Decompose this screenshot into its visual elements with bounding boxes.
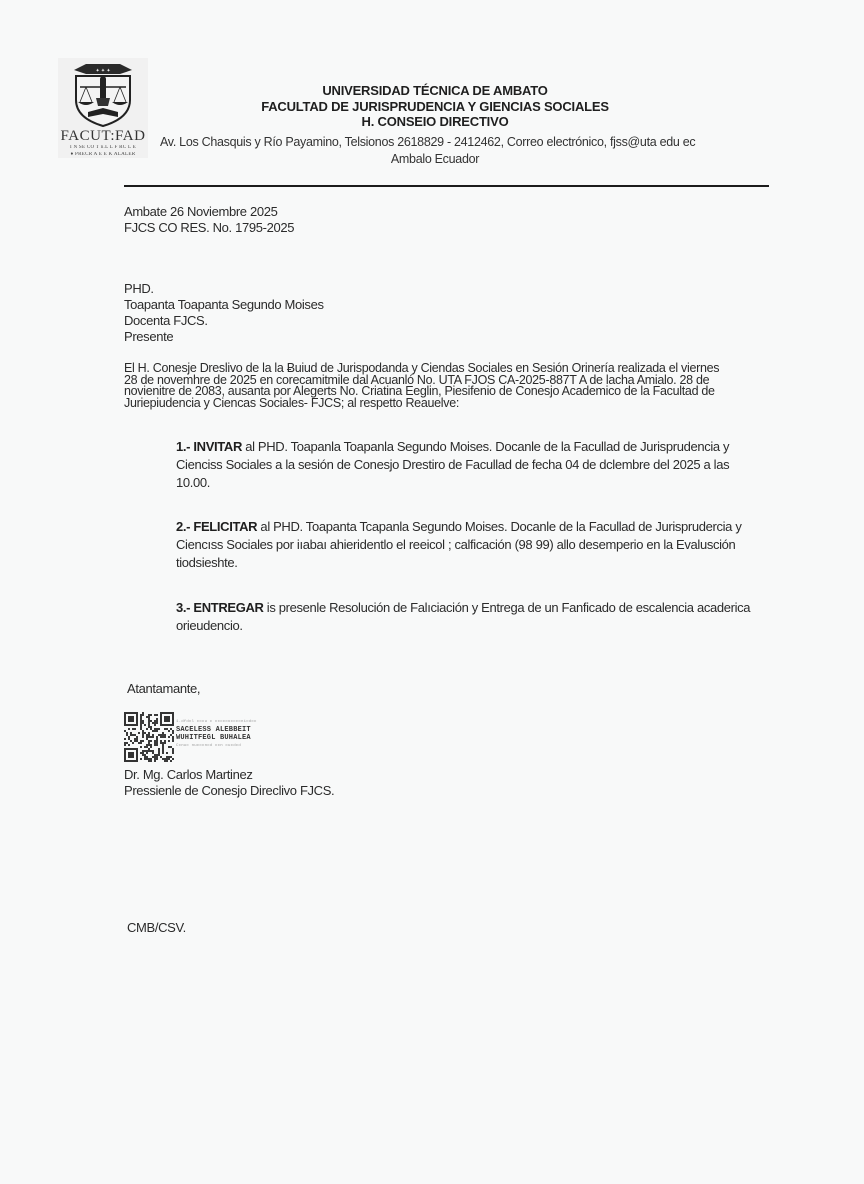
signer-title: Pressienle de Conesjo Direclivo FJCS. (124, 783, 334, 799)
recipient-title: PHD. (124, 281, 324, 297)
electronic-signature: 1.dfdcl cccu c cccccoccccnicdcc SACELESS… (124, 710, 284, 766)
body-paragraph: El H. Conesje Dreslivo de la la Ƀuiud de… (124, 363, 774, 409)
signer-name: Dr. Mg. Carlos Martinez (124, 767, 334, 783)
recipient-name: Toapanta Toapanta Segundo Moises (124, 297, 324, 313)
resolution-text: al PHD. Toapanta Tcapanla Segundo Moises… (176, 519, 741, 570)
resolution-item: 1.- INVITAR al PHD. Toapanla Toapanla Se… (176, 438, 766, 492)
resolution-number: 2.- (176, 519, 190, 534)
resolution-verb: FELICITAR (193, 519, 257, 534)
address-line: Av. Los Chasquis y Río Payamino, Telsion… (160, 135, 695, 149)
reference-initials: CMB/CSV. (127, 920, 186, 936)
svg-text:✦ ✦ ✦: ✦ ✦ ✦ (95, 68, 110, 74)
qr-code-icon (124, 710, 176, 764)
resolution-text: al PHD. Toapanla Toapanla Segundo Moises… (176, 439, 729, 490)
resolution-number: 3.- (176, 600, 190, 615)
body-line: Juriepiudencia y Ciencas Sociales- FJCS;… (124, 398, 774, 410)
resolution-number: FJCS CO RES. No. 1795-2025 (124, 220, 294, 236)
document-page: ✦ ✦ ✦ FACUT:FAD I N SE CO T n.L L F RC L… (0, 0, 864, 1184)
recipient-position: Docenta FJCS. (124, 313, 324, 329)
city-line: Ambalo Ecuador (140, 152, 730, 166)
university-name: UNIVERSIDAD TÉCNICA DE AMBATO (140, 83, 730, 99)
recipient-block: PHD. Toapanta Toapanta Segundo Moises Do… (124, 281, 324, 345)
signature-name-line-1: SACELESS ALEBBEIT (176, 726, 251, 734)
letterhead-header: UNIVERSIDAD TÉCNICA DE AMBATO FACULTAD D… (140, 83, 730, 130)
recipient-salutation: Presente (124, 329, 324, 345)
resolution-item: 3.- ENTREGAR is presenle Resolución de F… (176, 599, 766, 635)
closing-salutation: Atantamante, (127, 681, 200, 697)
resolution-number: 1.- (176, 439, 190, 454)
faculty-name: FACULTAD DE JURISPRUDENCIA Y GIENCIAS SO… (140, 99, 730, 115)
faculty-logo: ✦ ✦ ✦ FACUT:FAD I N SE CO T n.L L F RC L… (58, 58, 148, 158)
resolution-item: 2.- FELICITAR al PHD. Toapanta Tcapanla … (176, 518, 766, 572)
logo-subtitle-2: ♦ PRECR A E E K ALALER (60, 152, 146, 157)
logo-wordmark: FACUT:FAD (58, 128, 148, 145)
header-divider (124, 185, 769, 187)
date-block: Ambate 26 Noviembre 2025 FJCS CO RES. No… (124, 204, 294, 236)
date-line: Ambate 26 Noviembre 2025 (124, 204, 294, 220)
scales-of-justice-icon: ✦ ✦ ✦ (66, 60, 140, 128)
signature-header-text: 1.dfdcl cccu c cccccoccccnicdcc (176, 720, 257, 724)
council-name: H. CONSEIO DIRECTIVO (140, 114, 730, 130)
signer-block: Dr. Mg. Carlos Martinez Pressienle de Co… (124, 767, 334, 799)
logo-subtitle-1: I N SE CO T n.L L F RC L E (60, 145, 146, 150)
resolution-verb: INVITAR (193, 439, 242, 454)
resolution-verb: ENTREGAR (193, 600, 263, 615)
signature-name-line-2: WUHITFEGL BUHALEA (176, 734, 251, 742)
signature-footer-text: Ccnuc nucccncd ccn cucdcd (176, 744, 241, 748)
